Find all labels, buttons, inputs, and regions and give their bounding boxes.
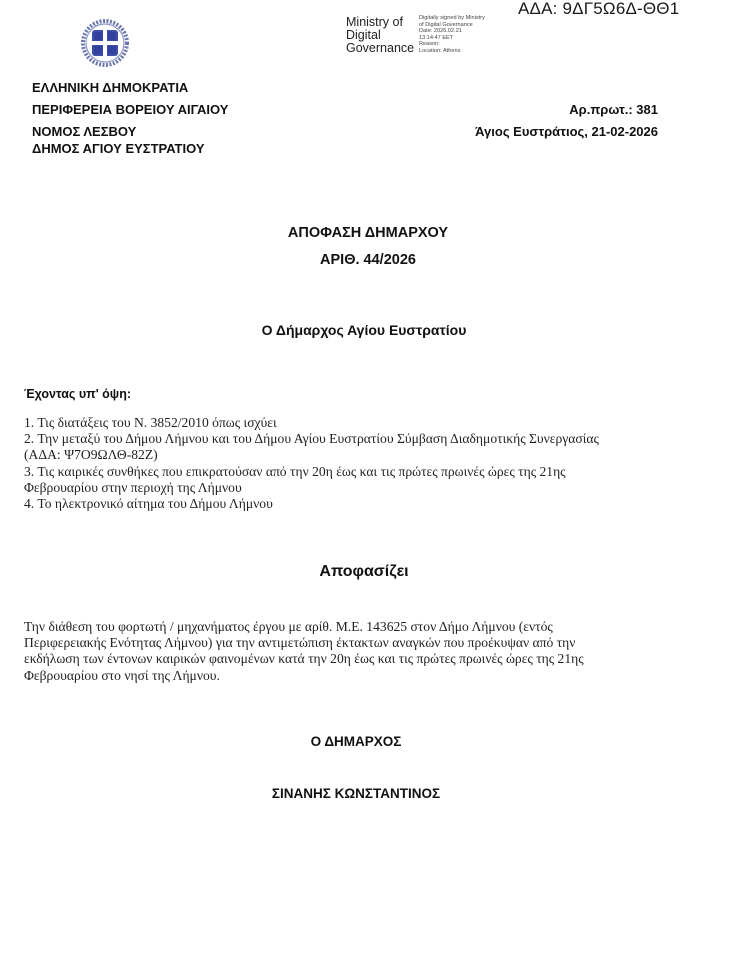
decision-heading: Αποφασίζει: [0, 563, 732, 581]
protocol-number: Αρ.πρωτ.: 381: [569, 102, 658, 117]
list-item: 3. Τις καιρικές συνθήκες που επικρατούσα…: [24, 464, 724, 480]
header-region: ΠΕΡΙΦΕΡΕΙΑ ΒΟΡΕΙΟΥ ΑΙΓΑΙΟΥ: [32, 102, 228, 117]
list-item: 1. Τις διατάξεις του Ν. 3852/2010 όπως ι…: [24, 415, 724, 431]
document-title: ΑΠΟΦΑΣΗ ΔΗΜΑΡΧΟΥ: [0, 225, 736, 241]
signatory-role: Ο ΔΗΜΑΡΧΟΣ: [0, 734, 724, 749]
decision-line: Την διάθεση του φορτωτή / μηχανήματος έρ…: [24, 619, 724, 635]
decision-number: ΑΡΙΘ. 44/2026: [0, 252, 736, 268]
considering-heading: Έχοντας υπ' όψη:: [24, 387, 131, 401]
greek-coat-of-arms-icon: [80, 18, 130, 68]
signature-issuer: Ministry of Digital Governance: [346, 16, 414, 55]
signature-detail-line: Reason:: [419, 41, 485, 48]
header-republic: ΕΛΛΗΝΙΚΗ ΔΗΜΟΚΡΑΤΙΑ: [32, 80, 188, 95]
list-item: Φεβρουαρίου στην περιοχή της Λήμνου: [24, 480, 724, 496]
list-item: 2. Την μεταξύ του Δήμου Λήμνου και του Δ…: [24, 431, 724, 447]
signature-detail-line: 13:14:47 EET: [419, 35, 485, 42]
signatory-name: ΣΙΝΑΝΗΣ ΚΩΝΣΤΑΝΤΙΝΟΣ: [0, 786, 724, 801]
header-prefecture: ΝΟΜΟΣ ΛΕΣΒΟΥ: [32, 124, 136, 139]
signature-detail-line: of Digital Governance: [419, 22, 485, 29]
header-municipality: ΔΗΜΟΣ ΑΓΙΟΥ ΕΥΣΤΡΑΤΙΟΥ: [32, 141, 205, 156]
decision-body: Την διάθεση του φορτωτή / μηχανήματος έρ…: [24, 619, 724, 684]
signature-detail-line: Location: Athens: [419, 48, 485, 55]
list-item: 4. Το ηλεκτρονικό αίτημα του Δήμου Λήμνο…: [24, 496, 724, 512]
decision-line: εκδήλωση των έντονων καιρικών φαινομένων…: [24, 651, 724, 667]
signature-issuer-line: Governance: [346, 42, 414, 55]
ada-number: ΑΔΑ: 9ΔΓ5Ω6Δ-ΘΘ1: [518, 0, 679, 19]
signature-detail-line: Digitally signed by Ministry: [419, 15, 485, 22]
signature-details: Digitally signed by Ministry of Digital …: [419, 15, 485, 55]
place-date: Άγιος Ευστράτιος, 21-02-2026: [475, 124, 658, 139]
issuer-heading: Ο Δήμαρχος Αγίου Ευστρατίου: [0, 322, 732, 338]
list-item: (ΑΔΑ: Ψ7Ο9ΩΛΘ-82Ζ): [24, 447, 724, 463]
signature-detail-line: Date: 2026.02.21: [419, 28, 485, 35]
considering-list: 1. Τις διατάξεις του Ν. 3852/2010 όπως ι…: [24, 415, 724, 512]
decision-line: Φεβρουαρίου στο νησί της Λήμνου.: [24, 668, 724, 684]
decision-line: Περιφερειακής Ενότητας Λήμνου) για την α…: [24, 635, 724, 651]
